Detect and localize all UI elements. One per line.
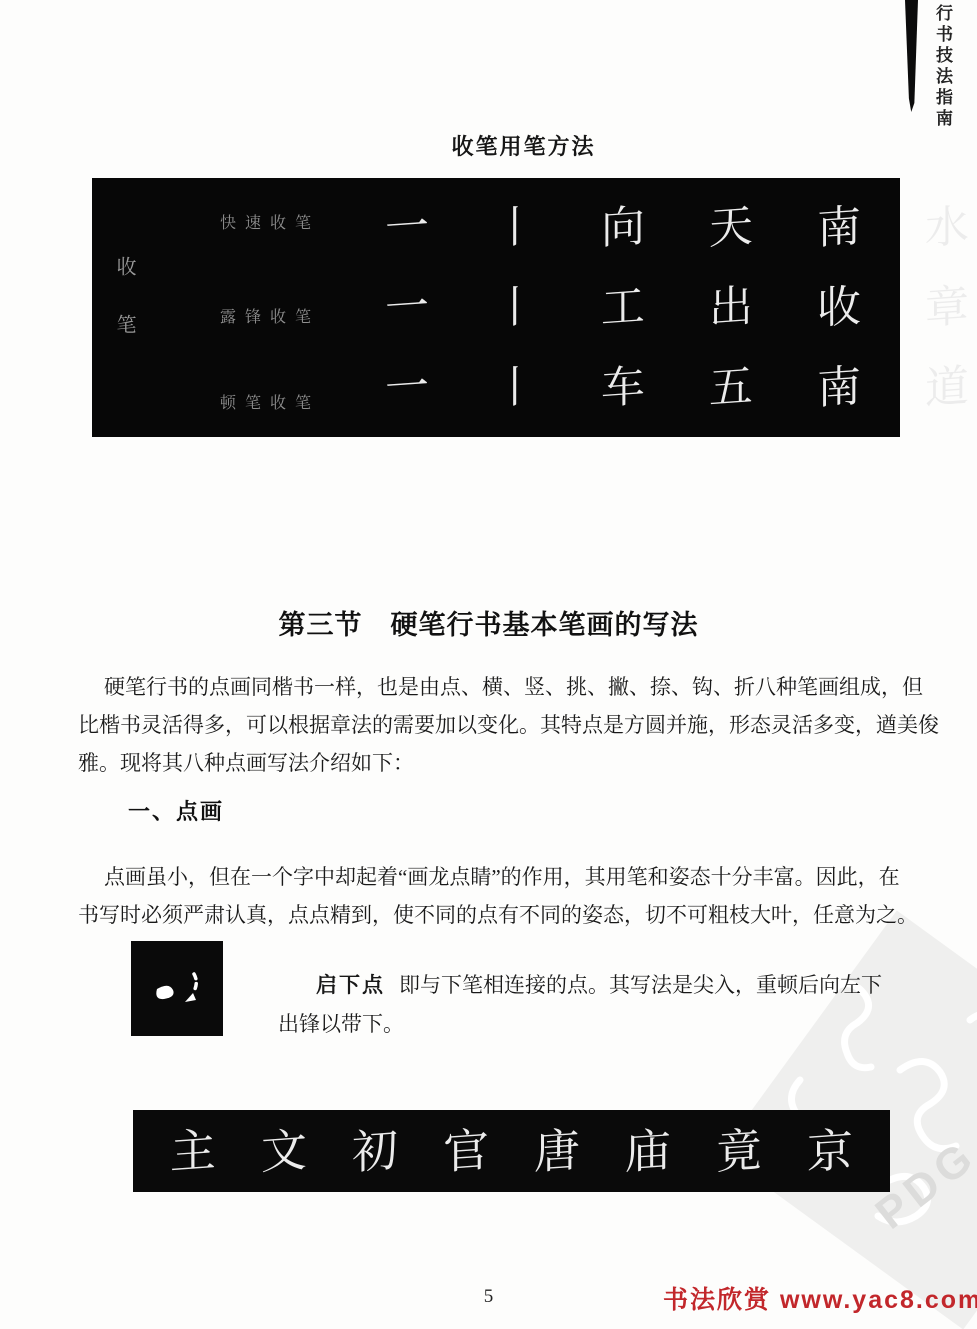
paragraph-1: 硬笔行书的点画同楷书一样，也是由点、横、竖、挑、撇、捺、钩、折八种笔画组成，但 … [78,668,906,782]
row3-examples: 一 丨 车 五 南 道 [382,366,972,410]
calligraphy-char: 竟 [716,1126,762,1175]
book-page: PDG 行书技法指南 收笔用笔方法 收笔 快速收笔 一 丨 向 天 南 水 露锋… [0,0,977,1329]
chart-vertical-label: 收笔 [110,256,139,436]
calligraphy-char: 唐 [534,1126,580,1175]
subsection-heading: 一、点画 [128,795,224,826]
row3-label: 顿笔收笔 [180,390,360,413]
calligraphy-char: 五 [706,364,756,412]
calligraphy-char: 庙 [625,1126,671,1175]
calligraphy-char: 收 [814,284,864,332]
row1-examples: 一 丨 向 天 南 水 [382,206,972,250]
calligraphy-char: 初 [352,1126,398,1175]
paragraph-line: 点画虽小，但在一个字中却起着“画龙点睛”的作用，其用笔和姿态十分丰富。因此，在 [78,858,906,896]
page-title: 收笔用笔方法 [35,130,977,161]
calligraphy-char: 车 [598,364,648,412]
calligraphy-char: 丨 [490,204,540,252]
row2-examples: 一 丨 工 出 收 章 [382,286,972,330]
dot-stroke-drawing [131,941,223,1036]
calligraphy-char: 道 [922,364,972,412]
calligraphy-char: 主 [170,1126,216,1175]
stroke-finishing-chart: 收笔 快速收笔 一 丨 向 天 南 水 露锋收笔 一 丨 工 出 收 章 顿笔收… [92,178,900,437]
paragraph-line: 书写时必须严肃认真，点点精到，使不同的点有不同的姿态，切不可粗枝大叶，任意为之。 [78,896,906,934]
calligraphy-char: 京 [807,1126,853,1175]
calligraphy-char: 丨 [490,284,540,332]
calligraphy-char: 天 [706,204,756,252]
calligraphy-char: 一 [382,284,432,332]
dot-description-line2: 出锋以带下。 [278,1005,898,1043]
calligraphy-char: 向 [598,204,648,252]
site-credit: 书法欣赏 www.yac8.com [663,1280,977,1316]
dot-description-line1: 启下点即与下笔相连接的点。其写法是尖入，重顿后向左下 [278,966,898,1005]
calligraphy-char: 丨 [490,364,540,412]
calligraphy-char: 文 [261,1126,307,1175]
dot-term: 启下点 [316,974,385,997]
paragraph-line: 雅。现将其八种点画写法介绍如下： [78,744,906,782]
calligraphy-char: 章 [922,284,972,332]
paragraph-line: 硬笔行书的点画同楷书一样，也是由点、横、竖、挑、撇、捺、钩、折八种笔画组成，但 [78,668,906,706]
section-heading: 第三节 硬笔行书基本笔画的写法 [0,603,977,642]
row1-label: 快速收笔 [180,210,360,233]
calligraphy-char: 水 [922,204,972,252]
calligraphy-char: 工 [598,284,648,332]
spine-brush-bar [905,0,918,112]
calligraphy-char: 一 [382,204,432,252]
example-character-strip: 主 文 初 官 唐 庙 竟 京 [133,1110,890,1192]
calligraphy-char: 一 [382,364,432,412]
calligraphy-char: 南 [814,364,864,412]
paragraph-2: 点画虽小，但在一个字中却起着“画龙点睛”的作用，其用笔和姿态十分丰富。因此，在 … [78,858,906,934]
dot-desc-text1: 即与下笔相连接的点。其写法是尖入，重顿后向左下 [399,973,882,997]
calligraphy-char: 出 [706,284,756,332]
dot-stroke-figure [131,941,223,1036]
calligraphy-char: 官 [443,1126,489,1175]
calligraphy-char: 南 [814,204,864,252]
dot-description: 启下点即与下笔相连接的点。其写法是尖入，重顿后向左下 出锋以带下。 [278,966,898,1043]
paragraph-line: 比楷书灵活得多，可以根据章法的需要加以变化。其特点是方圆并施，形态灵活多变，遒美… [78,706,906,744]
row2-label: 露锋收笔 [180,304,360,327]
